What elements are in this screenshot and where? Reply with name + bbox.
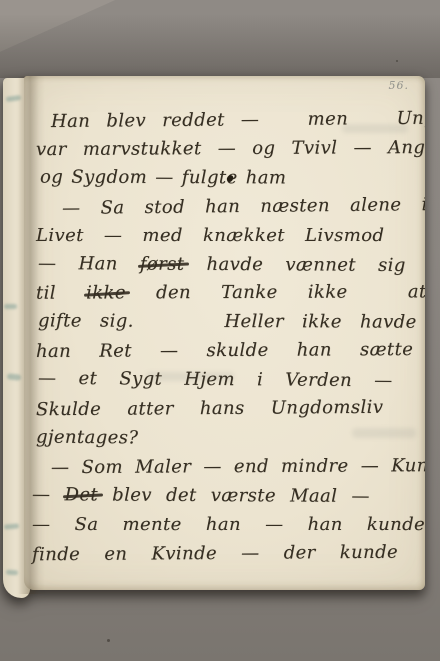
- struck-word: først: [140, 253, 185, 274]
- manuscript-page: 56. Han blev reddet — men Ungdommenvar m…: [24, 76, 425, 590]
- manuscript-line: var marvstukket — og Tvivl — Angst: [36, 137, 425, 160]
- text-segment: — Sa stod han næsten alene i: [62, 194, 425, 219]
- text-segment: — et Sygt Hjem i Verden —: [38, 368, 393, 391]
- text-segment: gifte sig. Heller ikke havde: [38, 311, 417, 333]
- manuscript-line: — Det blev det værste Maal —: [32, 484, 370, 507]
- text-segment: finde en Kvinde — der kunde: [32, 541, 398, 565]
- manuscript-line: — Sa stod han næsten alene i: [62, 194, 425, 219]
- text-segment: og Sygdom — fulgte ham: [40, 166, 286, 188]
- text-segment: til: [36, 283, 86, 304]
- notebook: 56. Han blev reddet — men Ungdommenvar m…: [3, 76, 425, 592]
- show-through-mark: [4, 304, 17, 309]
- manuscript-line: til ikke den Tanke ikke at: [36, 282, 425, 304]
- text-segment: gjentages?: [36, 426, 139, 448]
- blotted-word: Ungdommen: [396, 107, 425, 129]
- manuscript-line: — Sa mente han — han kunde: [32, 514, 425, 535]
- manuscript-line: finde en Kvinde — der kunde: [32, 541, 398, 565]
- text-segment: —: [32, 484, 65, 505]
- show-through-mark: [6, 95, 22, 102]
- photo-backdrop: 56. Han blev reddet — men Ungdommenvar m…: [0, 0, 440, 661]
- show-through-mark: [6, 570, 18, 576]
- manuscript-line: — Han først havde vænnet sig: [38, 253, 406, 276]
- handwritten-text-block: Han blev reddet — men Ungdommenvar marvs…: [24, 76, 425, 590]
- manuscript-line: Han blev reddet — men Ungdommen: [51, 107, 425, 132]
- manuscript-line: gjentages?: [36, 426, 139, 448]
- text-segment: den Tanke ikke at: [126, 282, 425, 304]
- manuscript-line: Skulde atter hans Ungdomsliv: [36, 397, 384, 420]
- dust-speck: [107, 639, 110, 642]
- text-segment: blev det værste Maal —: [98, 484, 370, 506]
- text-segment: han Ret — skulde han sætte: [36, 339, 413, 362]
- struck-word: ikke: [86, 283, 126, 304]
- text-segment: — Han: [38, 253, 140, 275]
- text-segment: var marvstukket — og Tvivl — Angst: [36, 137, 425, 160]
- text-segment: Livet — med knækket Livsmod: [36, 225, 384, 246]
- manuscript-line: han Ret — skulde han sætte: [36, 339, 413, 362]
- manuscript-line: Livet — med knækket Livsmod: [36, 225, 384, 246]
- text-segment: — Sa mente han — han kunde: [32, 514, 425, 535]
- manuscript-line: gifte sig. Heller ikke havde: [38, 311, 417, 333]
- manuscript-line: — et Sygt Hjem i Verden —: [38, 368, 393, 391]
- backdrop-shadow: [0, 14, 440, 78]
- text-segment: Skulde atter hans Ungdomsliv: [36, 397, 384, 420]
- text-segment: havde vænnet sig: [184, 253, 405, 275]
- dust-speck: [396, 60, 398, 62]
- manuscript-line: — Som Maler — end mindre — Kunstner: [51, 455, 425, 478]
- struck-word: Det: [64, 484, 98, 505]
- show-through-mark: [7, 373, 22, 380]
- text-segment: Han blev reddet — men: [51, 108, 397, 132]
- manuscript-line: og Sygdom — fulgte ham: [40, 166, 286, 188]
- show-through-mark: [4, 523, 19, 529]
- text-segment: — Som Maler — end mindre — Kunstner: [51, 455, 425, 478]
